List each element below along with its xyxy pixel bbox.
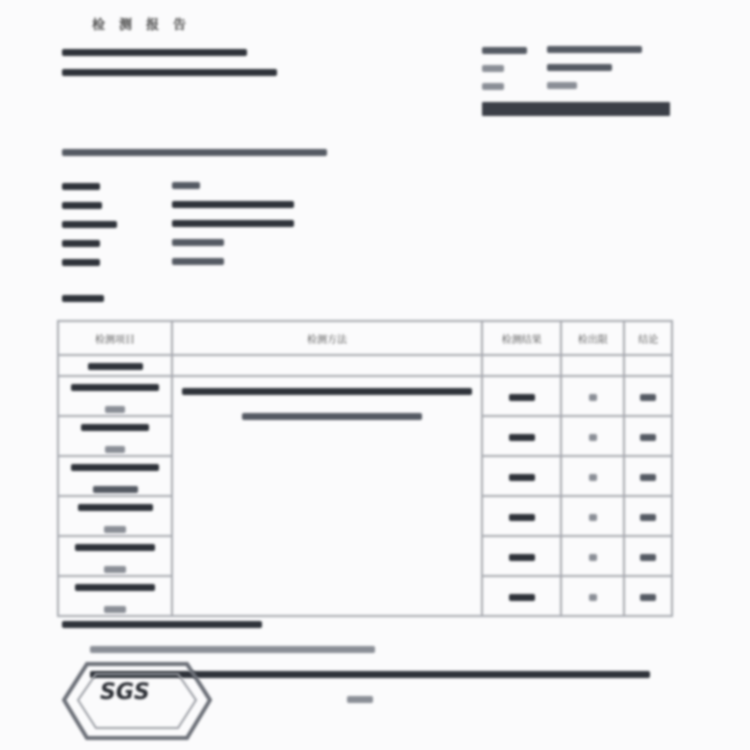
issuer-line-2 bbox=[62, 62, 277, 81]
meta-date bbox=[482, 58, 682, 76]
report-meta bbox=[482, 40, 682, 94]
sgs-stamp: SGS bbox=[62, 658, 212, 742]
header-conclusion: 结论 bbox=[624, 321, 672, 355]
field-received-date bbox=[62, 233, 294, 252]
table-row bbox=[58, 376, 672, 416]
note-line-4 bbox=[347, 689, 650, 708]
report-barcode bbox=[482, 102, 670, 116]
issuer-line-1 bbox=[62, 42, 247, 61]
note-line-1 bbox=[62, 614, 650, 633]
field-sample-name bbox=[62, 176, 294, 195]
table-group-row bbox=[58, 355, 672, 376]
sample-info bbox=[62, 176, 294, 271]
note-line-2 bbox=[90, 639, 650, 658]
field-applicant bbox=[62, 195, 294, 214]
field-test-date bbox=[62, 252, 294, 271]
stamp-text: SGS bbox=[100, 680, 150, 705]
report-title: 检测报告 bbox=[92, 14, 200, 33]
header-result: 检测结果 bbox=[482, 321, 561, 355]
meta-report-number bbox=[482, 40, 682, 58]
method-cell bbox=[172, 376, 482, 616]
header-item: 检测项目 bbox=[58, 321, 172, 355]
results-heading bbox=[62, 288, 104, 307]
header-method: 检测方法 bbox=[172, 321, 482, 355]
intro-sentence bbox=[62, 142, 327, 161]
header-limit: 检出限 bbox=[561, 321, 624, 355]
meta-page bbox=[482, 76, 682, 94]
table-header-row: 检测项目 检测方法 检测结果 检出限 结论 bbox=[58, 321, 672, 355]
results-table: 检测项目 检测方法 检测结果 检出限 结论 bbox=[57, 320, 673, 617]
field-manufacturer bbox=[62, 214, 294, 233]
